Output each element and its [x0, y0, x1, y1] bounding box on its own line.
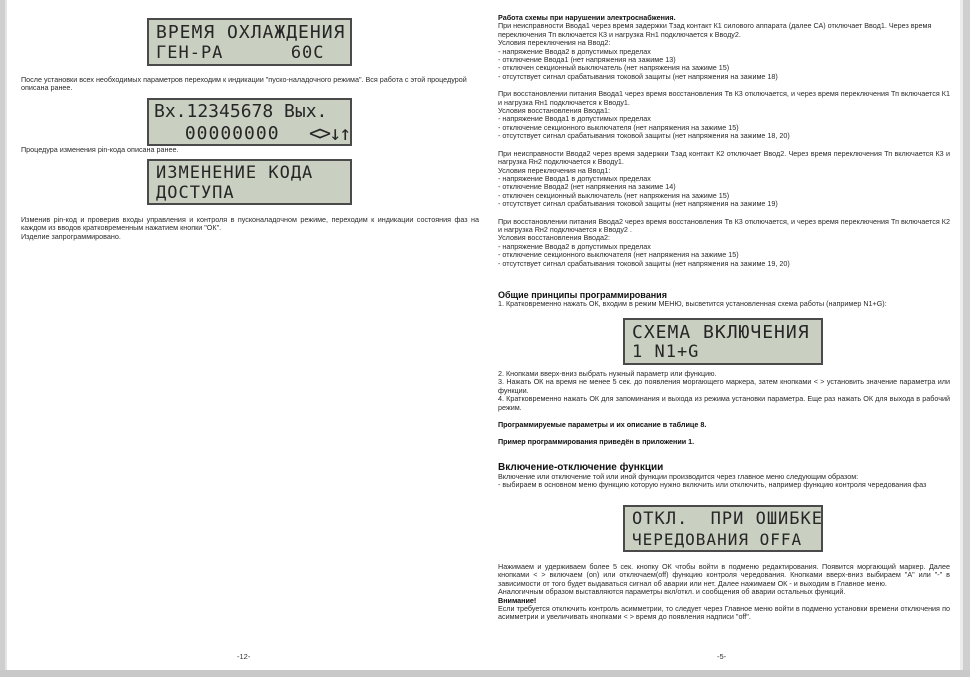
page-number-right: -5- [717, 652, 726, 661]
lcd-line-1: Вх.12345678 Вых. [154, 103, 327, 121]
lcd-display-scheme: Схема включения 1 N1+G [623, 318, 823, 365]
block-input1-restore: При восстановлении питания Ввода1 через … [498, 90, 950, 140]
page-right: Работа схемы при нарушении электроснабже… [485, 0, 960, 670]
note-parameters-table: Программируемые параметры и их описание … [498, 421, 950, 429]
list-item: - отсутствует сигнал срабатывания токово… [498, 200, 950, 208]
programming-steps: 2. Кнопками вверх-вниз выбрать нужный па… [498, 370, 950, 447]
paragraph-text: При восстановлении питания Ввода1 через … [498, 90, 950, 107]
lcd-line-2: чередования OFFA [632, 532, 802, 548]
list-item: - отсутствует сигнал срабатывания токово… [498, 260, 950, 268]
page-edge-bottom [0, 670, 970, 677]
paragraph-setup-complete: После установки всех необходимых парамет… [21, 76, 479, 93]
section-power-failure: Работа схемы при нарушении электроснабже… [498, 14, 950, 268]
list-item: - выбираем в основном меню функцию котор… [498, 481, 950, 489]
paragraph-text: Изменив pin-код и проверив входы управле… [21, 216, 479, 233]
section-enable-disable: Включение-отключение функции Включение и… [498, 462, 950, 490]
lcd-line-2: доступа [156, 185, 235, 202]
paragraph-pin-procedure: Процедура изменения pin-кода описана ран… [21, 146, 479, 154]
lcd-line-1: Схема включения [632, 324, 810, 342]
paragraph-text: Изделие запрограммировано. [21, 233, 479, 241]
block-input1-failure: При неисправности Ввода1 через время зад… [498, 22, 950, 81]
warning-text: Если требуется отключить контроль асимме… [498, 605, 950, 622]
page-edge-right [963, 0, 970, 677]
step-3: 3. Нажать ОК на время не менее 5 сек. до… [498, 378, 950, 395]
block-input2-failure: При неисправности Ввода2 через время зад… [498, 150, 950, 209]
page-left: Время охлаждения ген-ра 60с После устано… [7, 0, 485, 670]
paragraph-text: При неисправности Ввода1 через время зад… [498, 22, 950, 39]
lcd-display-access-code: Изменение кода доступа [147, 159, 352, 205]
paragraph-text: После установки всех необходимых парамет… [21, 76, 479, 93]
lcd-display-cooling-time: Время охлаждения ген-ра 60с [147, 18, 352, 66]
lcd-line-2: ген-ра 60с [156, 45, 325, 62]
lcd-line-2: 1 N1+G [632, 344, 699, 361]
step-1: 1. Кратковременно нажать ОК, входим в ре… [498, 300, 950, 308]
document-spread: Время охлаждения ген-ра 60с После устано… [0, 0, 970, 677]
lcd-display-phase-sequence: Откл. при ошибке чередования OFFA [623, 505, 823, 552]
lcd-line-1: Изменение кода [156, 165, 313, 182]
paragraph-programmed: Изменив pin-код и проверив входы управле… [21, 216, 479, 241]
list-item: - отсутствует сигнал срабатывания токово… [498, 73, 950, 81]
lcd-navigation-arrows-icon: <>↓↑ [309, 123, 349, 143]
lcd-line-1: Время охлаждения [156, 24, 345, 42]
paragraph-text: Аналогичным образом выставляются парамет… [498, 588, 950, 596]
note-programming-example: Пример программирования приведён в прило… [498, 438, 950, 446]
lcd-line-1: Откл. при ошибке [632, 511, 823, 528]
step-4: 4. Кратковременно нажать ОК для запомина… [498, 395, 950, 412]
page-number-left: -12- [237, 652, 250, 661]
paragraph-text: При восстановлении питания Ввода2 через … [498, 218, 950, 235]
paragraph-text: Нажимаем и удерживаем более 5 сек. кнопк… [498, 563, 950, 588]
paragraph-text: При неисправности Ввода2 через время зад… [498, 150, 950, 167]
section-programming-principles: Общие принципы программирования 1. Кратк… [498, 290, 950, 308]
block-input2-restore: При восстановлении питания Ввода2 через … [498, 218, 950, 268]
section-enable-disable-details: Нажимаем и удерживаем более 5 сек. кнопк… [498, 563, 950, 622]
lcd-display-inputs-outputs: Вх.12345678 Вых. 00000000 <>↓↑ [147, 98, 352, 146]
paragraph-text: Процедура изменения pin-кода описана ран… [21, 146, 479, 154]
list-item: - отсутствует сигнал срабатывания токово… [498, 132, 950, 140]
lcd-line-2: 00000000 [173, 125, 291, 143]
